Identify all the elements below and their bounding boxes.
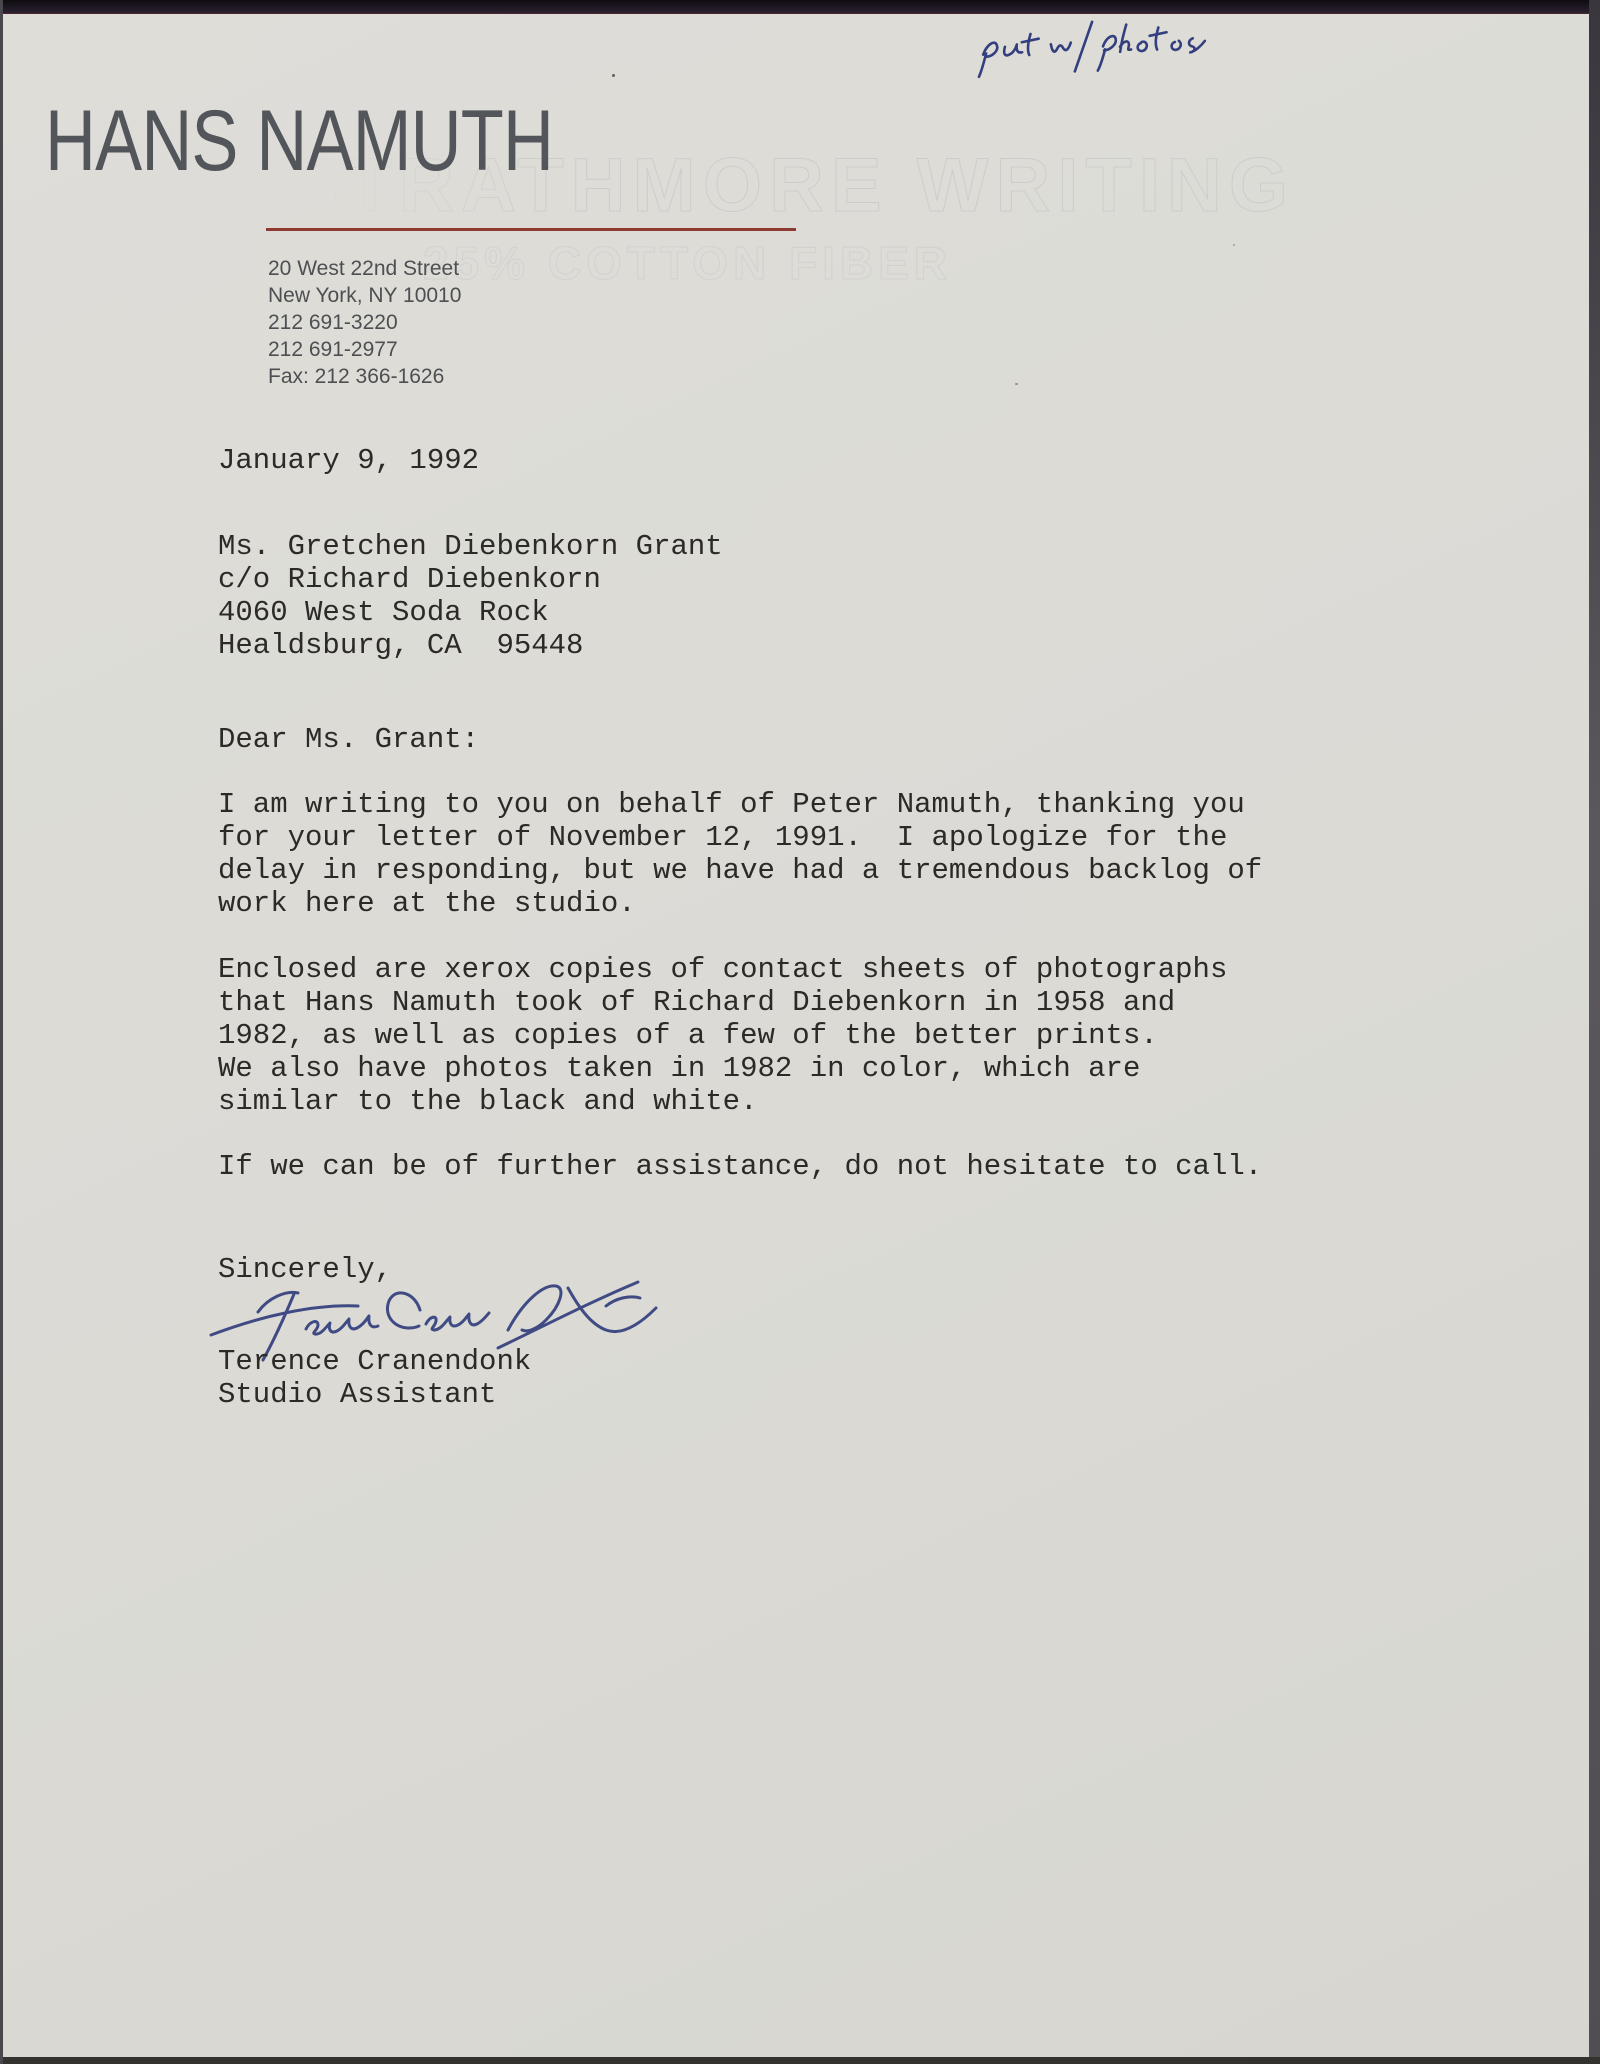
dust-speck [612, 74, 615, 77]
watermark-cotton-fiber: 25% COTTON FIBER [423, 236, 952, 290]
letter-paper: STRATHMORE WRITING 25% COTTON FIBER [3, 14, 1589, 2057]
dust-speck [1015, 383, 1018, 385]
dust-speck [1233, 244, 1235, 246]
letter-date: January 9, 1992 [218, 444, 479, 477]
recipient-address: Ms. Gretchen Diebenkorn Grant c/o Richar… [218, 530, 723, 662]
scan-edge-top [0, 0, 1600, 14]
body-paragraph-3: If we can be of further assistance, do n… [218, 1150, 1262, 1183]
signature-name-text: Terence Cranendonk [3, 14, 4, 15]
letterhead-address: 20 West 22nd Street New York, NY 10010 2… [268, 255, 461, 390]
body-paragraph-1: I am writing to you on behalf of Peter N… [218, 788, 1262, 920]
letterhead-name: HANS NAMUTH [45, 92, 553, 191]
salutation: Dear Ms. Grant: [218, 723, 479, 756]
body-paragraph-2: Enclosed are xerox copies of contact she… [218, 953, 1227, 1118]
handwritten-annotation-text: put w/photos [3, 14, 4, 15]
handwritten-annotation-ink [970, 14, 1262, 83]
scanned-letter-page: STRATHMORE WRITING 25% COTTON FIBER [0, 0, 1600, 2064]
scan-edge-right [1589, 0, 1600, 2064]
scan-edge-bottom [0, 2057, 1600, 2064]
signature-block: Terence Cranendonk Studio Assistant [218, 1345, 531, 1411]
letterhead-rule [266, 228, 796, 231]
